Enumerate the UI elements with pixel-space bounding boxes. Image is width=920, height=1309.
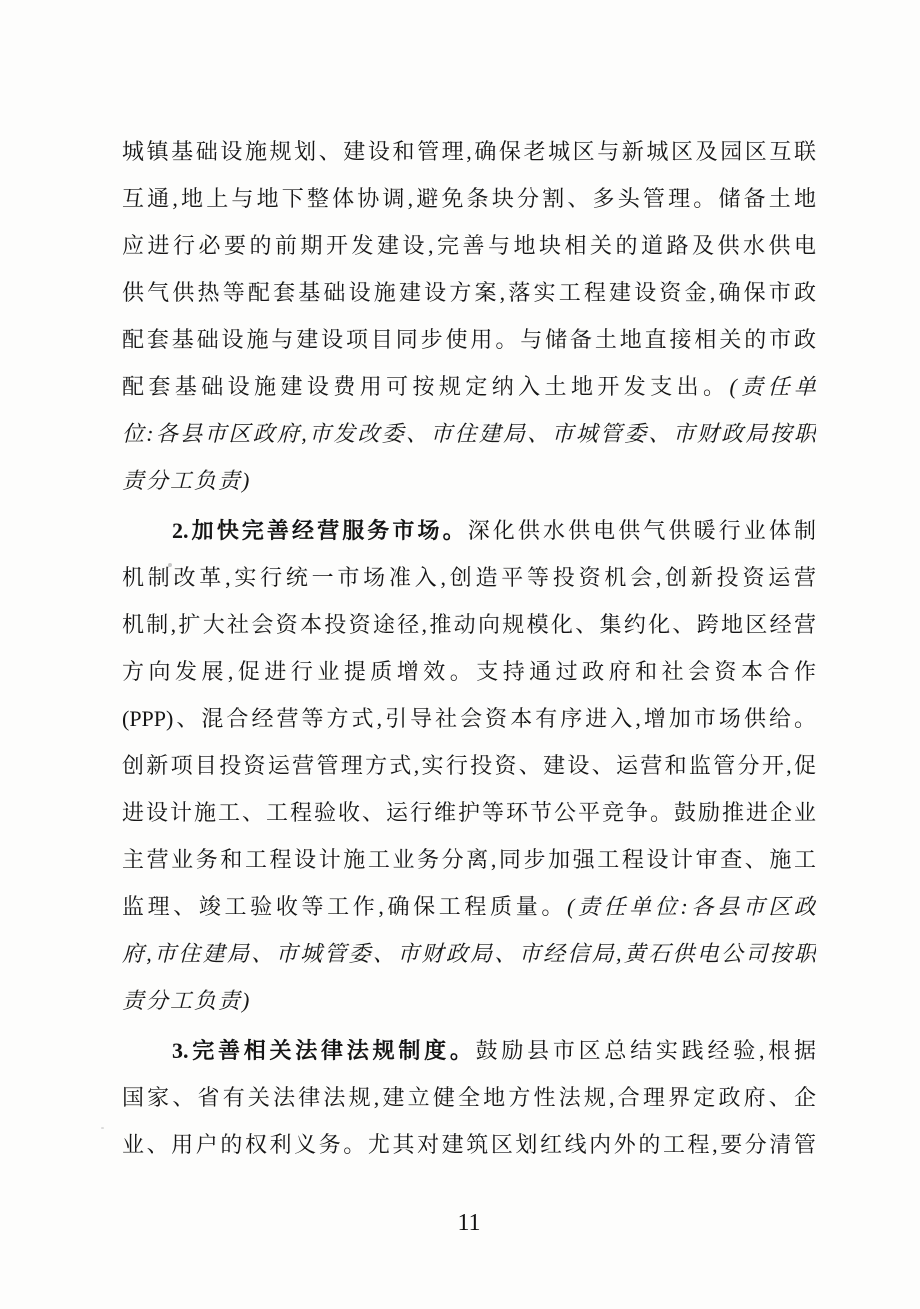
text-segment-bold: 2.加快完善经营服务市场。	[172, 518, 468, 543]
text-segment-normal: 鼓励县市区总结实践经验,根据	[476, 1038, 816, 1063]
text-segment-normal: 机制,扩大社会资本投资途径,推动向规模化、集约化、跨地区经营	[122, 612, 816, 637]
text-segment-normal: 方向发展,促进行业提质增效。支持通过政府和社会资本合作	[122, 659, 816, 684]
text-line: 监理、竣工验收等工作,确保工程质量。(责任单位:各县市区政	[122, 883, 816, 930]
text-segment-normal: 应进行必要的前期开发建设,完善与地块相关的道路及供水供电	[122, 233, 816, 258]
text-segment-normal: 国家、省有关法律法规,建立健全地方性法规,合理界定政府、企	[122, 1085, 816, 1110]
text-line: 机制,扩大社会资本投资途径,推动向规模化、集约化、跨地区经营	[122, 601, 816, 648]
text-segment-normal: 监理、竣工验收等工作,确保工程质量。	[122, 894, 567, 919]
text-segment-normal: (PPP)、混合经营等方式,引导社会资本有序进入,增加市场供给。	[122, 706, 816, 731]
text-line: 应进行必要的前期开发建设,完善与地块相关的道路及供水供电	[122, 222, 816, 269]
text-segment-kai: (责任单	[729, 374, 816, 399]
text-segment-normal: 创新项目投资运营管理方式,实行投资、建设、运营和监管分开,促	[122, 753, 816, 778]
text-segment-kai: 责分工负责)	[122, 988, 251, 1013]
text-line: 互通,地上与地下整体协调,避免条块分割、多头管理。储备土地	[122, 175, 816, 222]
text-line: 进设计施工、工程验收、运行维护等环节公平竞争。鼓励推进企业	[122, 789, 816, 836]
text-segment-bold: 3.完善相关法律法规制度。	[172, 1038, 476, 1063]
text-line: 机制改革,实行统一市场准入,创造平等投资机会,创新投资运营	[122, 554, 816, 601]
text-line: 主营业务和工程设计施工业务分离,同步加强工程设计审查、施工	[122, 836, 816, 883]
text-line: 责分工负责)	[122, 977, 816, 1024]
text-segment-normal: 进设计施工、工程验收、运行维护等环节公平竞争。鼓励推进企业	[122, 800, 816, 825]
text-segment-normal: 深化供水供电供气供暖行业体制	[468, 518, 816, 543]
text-segment-normal: 业、用户的权利义务。尤其对建筑区划红线内外的工程,要分清管	[122, 1132, 816, 1157]
text-line: 供气供热等配套基础设施建设方案,落实工程建设资金,确保市政	[122, 269, 816, 316]
text-segment-normal: 供气供热等配套基础设施建设方案,落实工程建设资金,确保市政	[122, 280, 816, 305]
text-line: 府,市住建局、市城管委、市财政局、市经信局,黄石供电公司按职	[122, 930, 816, 977]
text-segment-kai: (责任单位:各县市区政	[567, 894, 816, 919]
text-line: 业、用户的权利义务。尤其对建筑区划红线内外的工程,要分清管	[122, 1121, 816, 1168]
text-line: 方向发展,促进行业提质增效。支持通过政府和社会资本合作	[122, 648, 816, 695]
text-line: (PPP)、混合经营等方式,引导社会资本有序进入,增加市场供给。	[122, 695, 816, 742]
text-line: 创新项目投资运营管理方式,实行投资、建设、运营和监管分开,促	[122, 742, 816, 789]
text-segment-normal: 互通,地上与地下整体协调,避免条块分割、多头管理。储备土地	[122, 186, 816, 211]
scanned-document-page: 城镇基础设施规划、建设和管理,确保老城区与新城区及园区互联互通,地上与地下整体协…	[0, 0, 920, 1309]
text-line: 位:各县市区政府,市发改委、市住建局、市城管委、市财政局按职	[122, 410, 816, 457]
text-segment-kai: 位:各县市区政府,市发改委、市住建局、市城管委、市财政局按职	[122, 421, 816, 446]
text-segment-normal: 配套基础设施与建设项目同步使用。与储备土地直接相关的市政	[122, 327, 816, 352]
text-segment-normal: 主营业务和工程设计施工业务分离,同步加强工程设计审查、施工	[122, 847, 816, 872]
text-line: 国家、省有关法律法规,建立健全地方性法规,合理界定政府、企	[122, 1074, 816, 1121]
text-line: 配套基础设施建设费用可按规定纳入土地开发支出。(责任单	[122, 363, 816, 410]
scan-speck	[101, 1127, 104, 1129]
text-line: 3.完善相关法律法规制度。鼓励县市区总结实践经验,根据	[122, 1027, 816, 1074]
page-number: 11	[122, 1206, 816, 1240]
text-segment-normal: 机制改革,实行统一市场准入,创造平等投资机会,创新投资运营	[122, 565, 816, 590]
text-line: 2.加快完善经营服务市场。深化供水供电供气供暖行业体制	[122, 507, 816, 554]
text-segment-normal: 城镇基础设施规划、建设和管理,确保老城区与新城区及园区互联	[122, 139, 816, 164]
scan-speck	[168, 563, 172, 567]
document-body: 城镇基础设施规划、建设和管理,确保老城区与新城区及园区互联互通,地上与地下整体协…	[122, 128, 816, 1168]
text-segment-kai: 府,市住建局、市城管委、市财政局、市经信局,黄石供电公司按职	[122, 941, 816, 966]
text-line: 城镇基础设施规划、建设和管理,确保老城区与新城区及园区互联	[122, 128, 816, 175]
text-segment-normal: 配套基础设施建设费用可按规定纳入土地开发支出。	[122, 374, 729, 399]
text-segment-kai: 责分工负责)	[122, 468, 251, 493]
text-line: 责分工负责)	[122, 457, 816, 504]
text-line: 配套基础设施与建设项目同步使用。与储备土地直接相关的市政	[122, 316, 816, 363]
